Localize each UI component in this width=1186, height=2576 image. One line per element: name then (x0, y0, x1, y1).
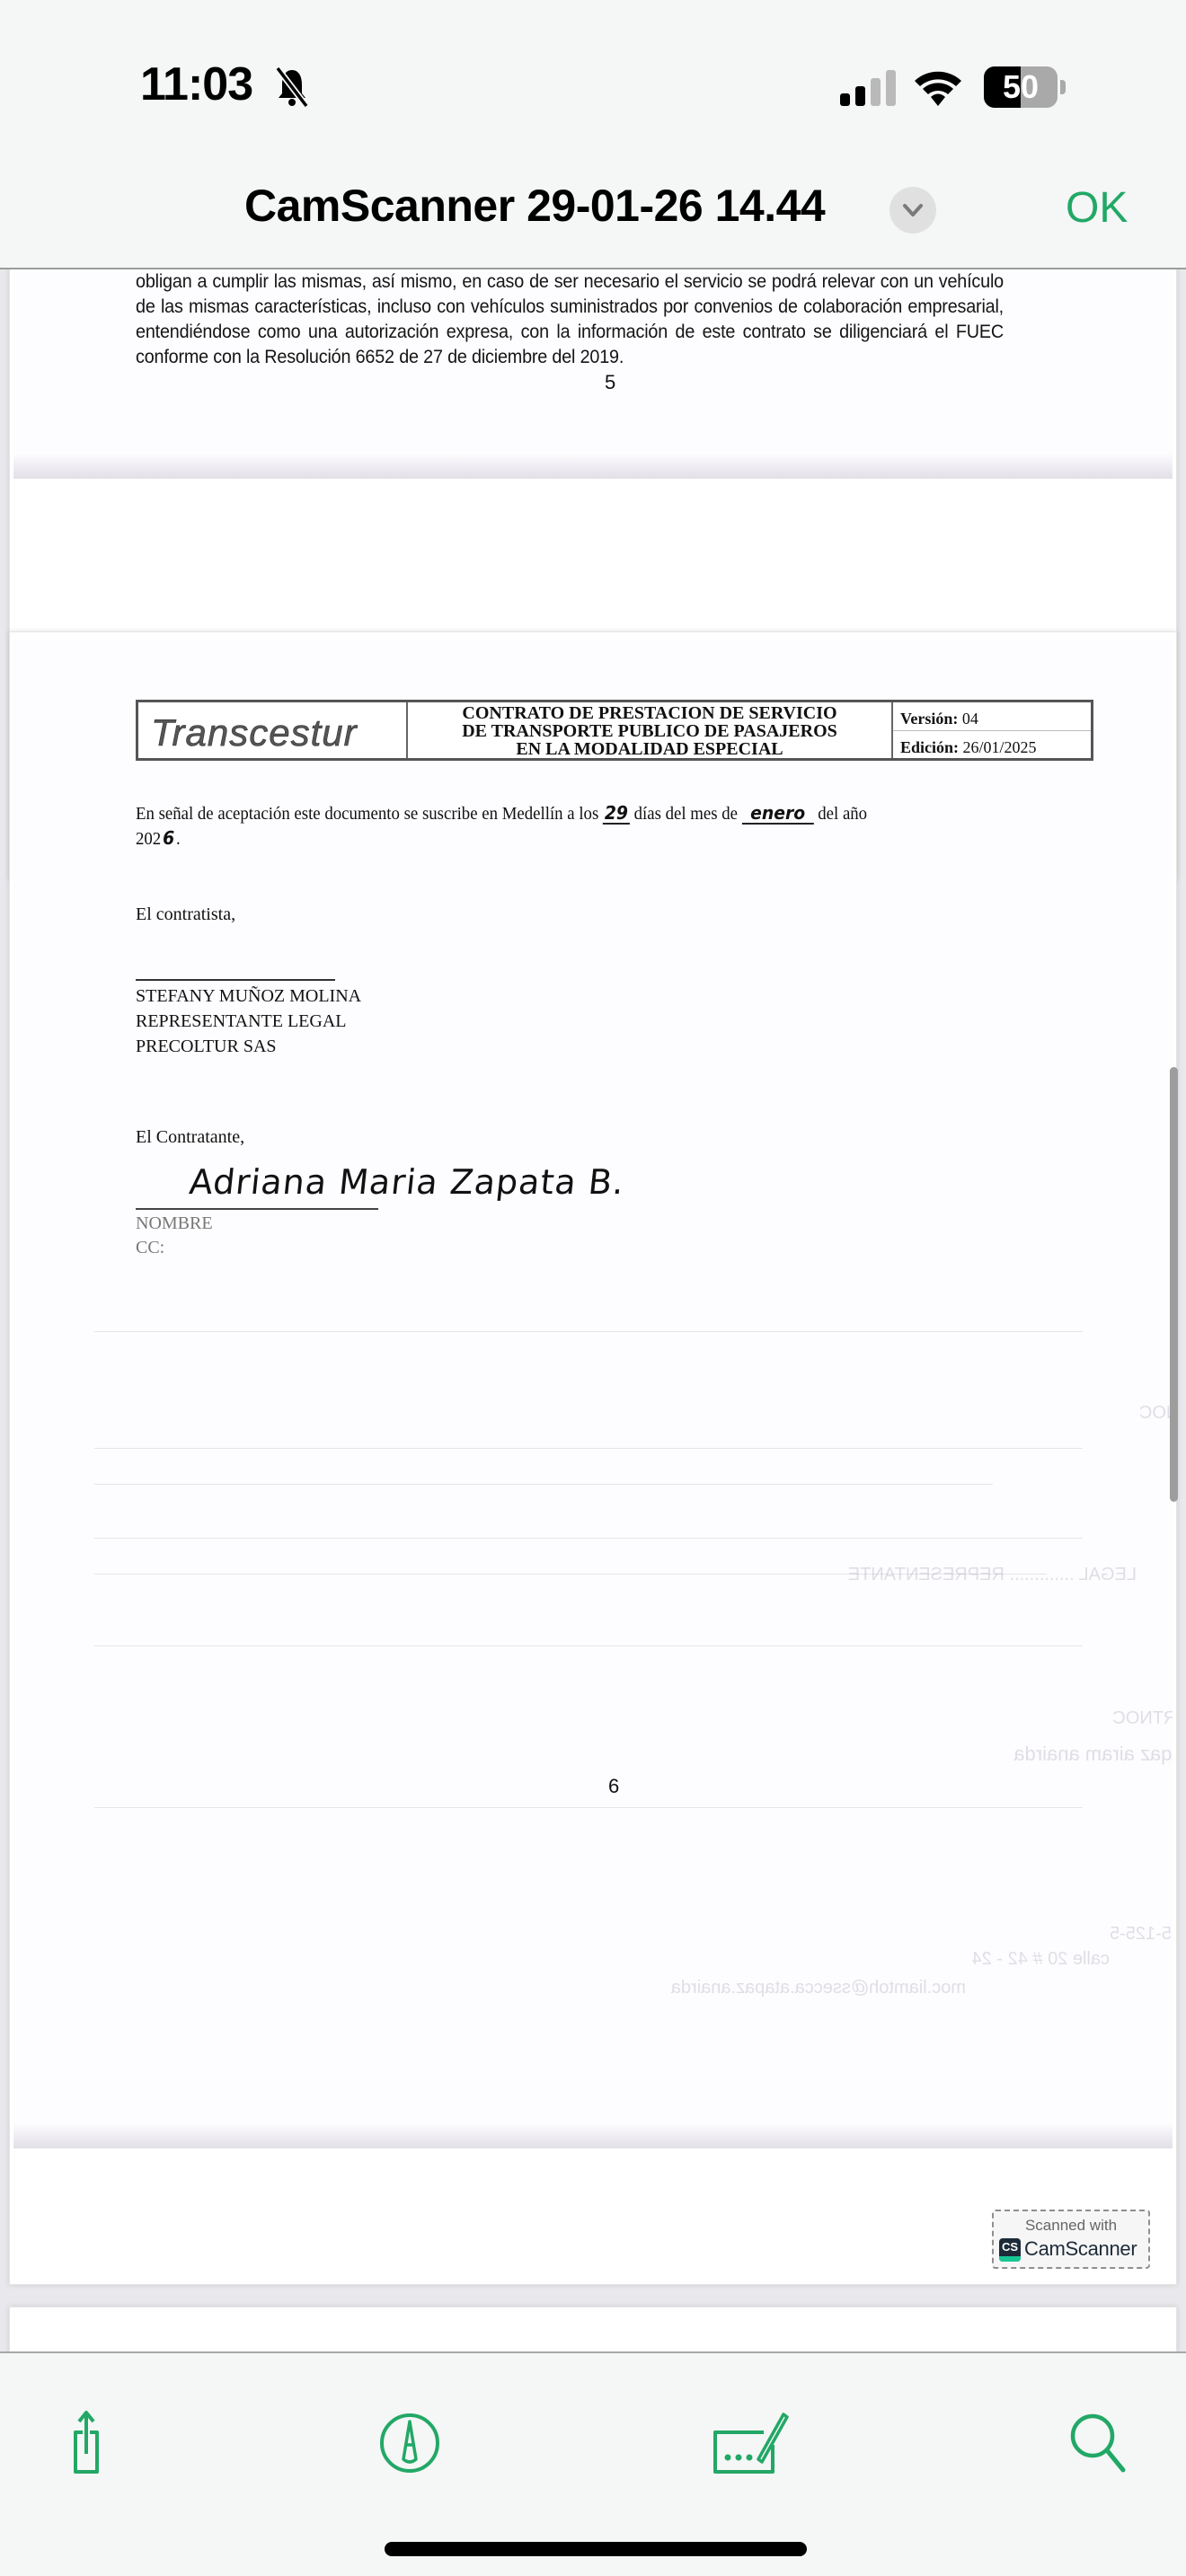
signature-line (136, 1208, 378, 1210)
share-button[interactable] (50, 2405, 122, 2477)
camscanner-logo-icon: CS (999, 2238, 1021, 2262)
battery-indicator: 50 (984, 66, 1067, 108)
contractor-role: REPRESENTANTE LEGAL (136, 1009, 347, 1034)
cellular-signal-icon (838, 68, 899, 106)
version-info: Versión: 04 Edición: 26/01/2025 (893, 702, 1091, 758)
signature-icon (708, 2405, 798, 2477)
scanned-image: ASITARTNOC LEGAL ............. REPRESENT… (13, 640, 1173, 2148)
client-signature: Adriana Maria Zapata B. (188, 1162, 627, 1202)
signature-button[interactable] (708, 2405, 798, 2477)
markup-button[interactable] (374, 2405, 446, 2477)
document-viewer[interactable]: – obligan a cumplir las mismas, así mism… (0, 269, 1186, 2351)
page-6: ASITARTNOC LEGAL ............. REPRESENT… (9, 631, 1177, 2285)
page-number: 5 (605, 371, 615, 394)
document-title[interactable]: CamScanner 29-01-26 14.44 (244, 180, 825, 232)
client-label: El Contratante, (136, 1125, 244, 1150)
document-header-table: Transcestur CONTRATO DE PRESTACION DE SE… (136, 700, 1093, 761)
ok-button[interactable]: OK (1066, 183, 1128, 233)
camscanner-watermark: Scanned with CS CamScanner (992, 2210, 1150, 2269)
acceptance-clause: En señal de aceptación este documento se… (136, 801, 1040, 851)
contractor-label: El contratista, (136, 902, 235, 927)
handwritten-year: 6 (161, 828, 176, 848)
page-number: 6 (608, 1775, 619, 1798)
signature-line (136, 979, 335, 981)
title-menu-button[interactable] (889, 187, 936, 234)
search-button[interactable] (1060, 2405, 1132, 2477)
top-bar: 11:03 50 CamScanner 29-01-26 14.44 OK (0, 0, 1186, 269)
bell-slash-icon (274, 66, 310, 108)
company-logo: Transcestur (138, 702, 408, 758)
battery-percent: 50 (984, 66, 1058, 108)
page-7 (9, 2307, 1177, 2351)
handwritten-day: 29 (603, 803, 630, 825)
chevron-down-icon (889, 187, 936, 234)
paragraph: obligan a cumplir las mismas, así mismo,… (136, 269, 1004, 369)
status-time: 11:03 (140, 57, 252, 111)
name-label: NOMBRE (136, 1211, 213, 1236)
contract-title: CONTRATO DE PRESTACION DE SERVICIO DE TR… (408, 702, 893, 758)
search-icon (1060, 2405, 1132, 2477)
scanned-image: – obligan a cumplir las mismas, así mism… (13, 269, 1173, 479)
contractor-company: PRECOLTUR SAS (136, 1034, 277, 1059)
contractor-name: STEFANY MUÑOZ MOLINA (136, 984, 361, 1009)
wifi-icon (913, 66, 963, 108)
cc-label: CC: (136, 1235, 164, 1260)
home-indicator[interactable] (385, 2542, 807, 2556)
handwritten-month: enero (742, 803, 814, 825)
markup-pen-icon (374, 2405, 446, 2477)
vertical-scrollbar[interactable] (1170, 1067, 1178, 1502)
share-icon (50, 2405, 122, 2477)
